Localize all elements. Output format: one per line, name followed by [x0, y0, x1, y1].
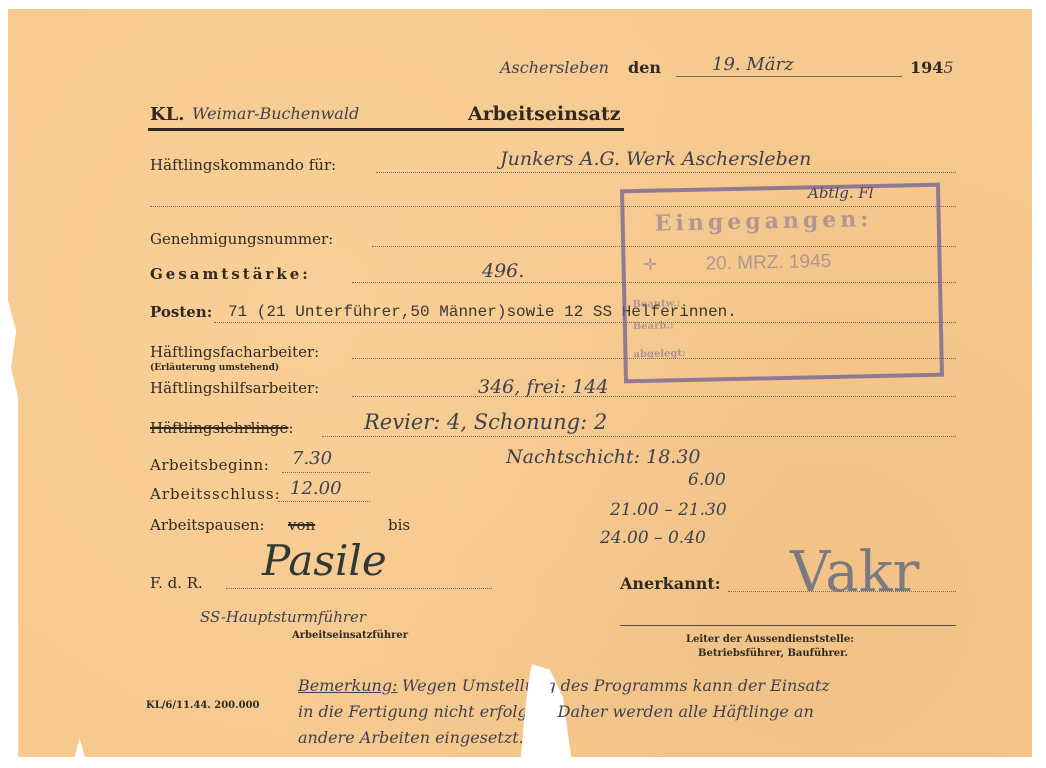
- nachtschicht-line-2: 6.00: [688, 470, 726, 490]
- rank-caption: Arbeitseinsatzführer: [292, 630, 408, 641]
- schluss-value: 12.00: [290, 478, 342, 499]
- leiter-caption-1: Leiter der Aussendienststelle:: [686, 634, 854, 645]
- received-stamp: Eingegangen: ✛ 20. MRZ. 1945 Beantw.: Be…: [620, 183, 944, 384]
- schluss-label: Arbeitsschluss:: [150, 485, 281, 503]
- bemerkung-line-2: in die Fertigung nicht erfolgen. Daher w…: [298, 702, 814, 721]
- hilfsarbeiter-label: Häftlingshilfsarbeiter:: [150, 379, 319, 397]
- year-prefix: 194: [910, 58, 943, 77]
- leiter-line: [620, 625, 956, 626]
- anerkannt-label: Anerkannt:: [620, 574, 721, 593]
- gesamt-label: Gesamtstärke:: [150, 265, 311, 283]
- date-line: [676, 76, 902, 77]
- beginn-line: [282, 472, 370, 473]
- year-suffix: 5: [943, 58, 953, 77]
- fdr-label: F. d. R.: [150, 574, 203, 592]
- lehrlinge-line: [322, 436, 956, 437]
- form-code: KL/6/11.44. 200.000: [146, 700, 260, 711]
- stamp-cross-icon: ✛: [643, 255, 657, 274]
- den-label: den: [628, 58, 661, 77]
- posten-label: Posten:: [150, 303, 212, 321]
- facharbeiter-label: Häftlingsfacharbeiter:: [150, 343, 319, 361]
- stamp-date: 20. MRZ. 1945: [705, 251, 831, 276]
- stamp-line-3: abgelegt:: [633, 348, 686, 360]
- heading-arbeitseinsatz: Arbeitseinsatz: [468, 103, 621, 125]
- stamp-line-1: Beantw.:: [632, 298, 680, 310]
- place-handwritten: Aschersleben: [500, 58, 609, 77]
- nachtschicht-line-4: 24.00 – 0.40: [600, 528, 706, 548]
- date-handwritten: 19. März: [712, 54, 794, 75]
- pausen-von: von: [288, 516, 315, 534]
- pausen-bis: bis: [388, 516, 410, 534]
- bemerkung-line-1: Wegen Umstellung des Programms kann der …: [402, 676, 830, 695]
- kommando-label: Häftlingskommando für:: [150, 156, 336, 174]
- bemerkung-line-3: andere Arbeiten eingesetzt.: [298, 728, 524, 747]
- hilfsarbeiter-line: [352, 396, 956, 397]
- lehrlinge-label-row: Häftlingslehrlinge:: [150, 419, 293, 437]
- nachtschicht-line-1: Nachtschicht: 18.30: [506, 446, 701, 468]
- fdr-line: [226, 588, 492, 589]
- stamp-title: Eingegangen:: [654, 206, 872, 237]
- pausen-label: Arbeitspausen:: [150, 516, 265, 534]
- kommando-value: Junkers A.G. Werk Aschersleben: [500, 148, 811, 170]
- facharbeiter-note: (Erläuterung umstehend): [150, 363, 279, 373]
- title-underline: [148, 128, 624, 131]
- lehrlinge-value: Revier: 4, Schonung: 2: [364, 410, 607, 434]
- bemerkung-label: Bemerkung:: [298, 676, 397, 695]
- beginn-label: Arbeitsbeginn:: [150, 456, 269, 474]
- genehmigung-label: Genehmigungsnummer:: [150, 230, 333, 248]
- leiter-caption-2: Betriebsführer, Bauführer.: [698, 648, 848, 659]
- anerkannt-signature: Vakr: [790, 540, 919, 605]
- hilfsarbeiter-value: 346, frei: 144: [478, 376, 609, 398]
- schluss-line: [278, 501, 370, 502]
- lehrlinge-label: Häftlingslehrlinge: [150, 419, 288, 437]
- lehrlinge-colon: :: [288, 419, 293, 437]
- kommando-line: [376, 172, 956, 173]
- nachtschicht-line-3: 21.00 – 21.30: [610, 500, 727, 520]
- rank-handwritten: SS-Hauptsturmführer: [200, 608, 366, 626]
- stamp-line-2: Bearb.:: [633, 320, 674, 332]
- camp-handwritten: Weimar-Buchenwald: [192, 104, 359, 123]
- beginn-value: 7.30: [292, 448, 332, 469]
- kl-label: KL.: [150, 104, 185, 125]
- gesamt-value: 496.: [482, 260, 524, 282]
- fdr-signature: Pasile: [262, 536, 387, 585]
- year-printed: 1945: [910, 58, 954, 77]
